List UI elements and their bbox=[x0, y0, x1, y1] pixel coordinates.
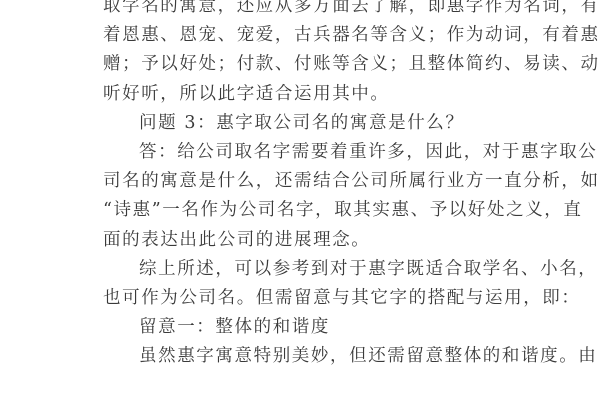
paragraph-line: 虽然惠字寓意特别美妙，但还需留意整体的和谐度。由 bbox=[103, 342, 529, 371]
paragraph-line: 着恩惠、恩宠、宠爱，古兵器名等含义；作为动词，有着惠 bbox=[103, 21, 529, 50]
paragraph-line: 听好听，所以此字适合运用其中。 bbox=[103, 80, 529, 109]
paragraph-line: 面的表达出此公司的进展理念。 bbox=[103, 226, 529, 255]
document-page: 取字名的寓意，还应从多方面去了解，即惠字作为名词，有 着恩惠、恩宠、宠爱，古兵器… bbox=[0, 0, 600, 400]
paragraph-line: 赠；予以好处；付款、付账等含义；且整体简约、易读、动 bbox=[103, 50, 529, 79]
paragraph-line: 司名的寓意是什么，还需结合公司所属行业方一直分析，如 bbox=[103, 167, 529, 196]
paragraph-line: “诗惠”一名作为公司名字，取其实惠、予以好处之义，直 bbox=[103, 196, 529, 225]
question-heading: 问题 3：惠字取公司名的寓意是什么？ bbox=[103, 109, 529, 138]
answer-line: 答：给公司取名字需要着重许多，因此，对于惠字取公 bbox=[103, 138, 529, 167]
paragraph-line: 也可作为公司名。但需留意与其它字的搭配与运用，即： bbox=[103, 284, 529, 313]
section-heading: 留意一：整体的和谐度 bbox=[103, 313, 529, 342]
paragraph-line: 取字名的寓意，还应从多方面去了解，即惠字作为名词，有 bbox=[103, 0, 529, 21]
summary-line: 综上所述，可以参考到对于惠字既适合取学名、小名， bbox=[103, 255, 529, 284]
paragraph-line bbox=[103, 371, 529, 400]
document-body: 取字名的寓意，还应从多方面去了解，即惠字作为名词，有 着恩惠、恩宠、宠爱，古兵器… bbox=[103, 0, 529, 400]
